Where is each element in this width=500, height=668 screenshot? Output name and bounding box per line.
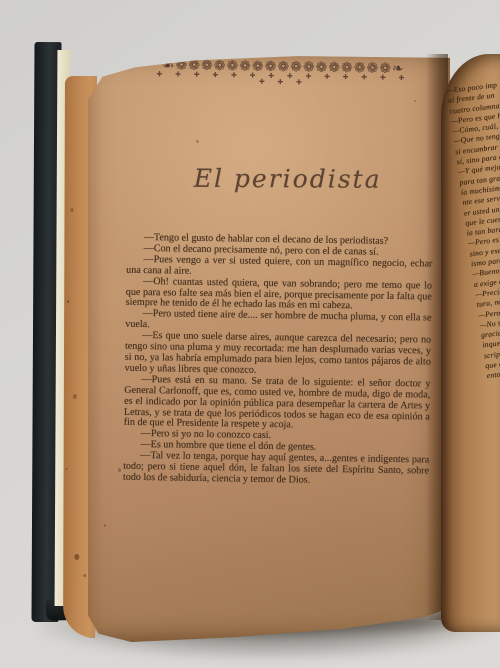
fore-edge-speckle: [73, 394, 77, 399]
right-page-text-fragments: —Eso poco impal frente de uncuatro colum…: [446, 74, 500, 382]
ornamental-header-band: ☙❁❁❁❁❁❁❁❁❁❁❁❁❁❁❁❁❁❧ ✚ ✚ ✚ ✚ ✚ ✚ ✚ ✚ ✚ ✚ …: [152, 58, 414, 87]
fore-edge-speckle: [66, 468, 68, 470]
left-page: ☙❁❁❁❁❁❁❁❁❁❁❁❁❁❁❁❁❁❧ ✚ ✚ ✚ ✚ ✚ ✚ ✚ ✚ ✚ ✚ …: [88, 52, 450, 642]
right-facing-page: —Eso poco impal frente de uncuatro colum…: [441, 54, 500, 632]
paragraph: —Pues está en su mano. Se trata de lo si…: [124, 375, 431, 434]
chapter-title: El periodista: [107, 163, 469, 194]
page-speckle: [414, 100, 416, 102]
page-speckle: [118, 468, 121, 472]
page-speckle: [104, 524, 106, 527]
fore-edge-speckle: [71, 208, 74, 212]
fore-edge-speckle: [83, 574, 86, 577]
paragraph: —Es que uno suele darse aires, aunque ca…: [125, 331, 432, 379]
body-text: —Tengo el gusto de hablar con el decano …: [123, 233, 433, 489]
ornament-cross-row: ✚ ✚ ✚ ✚ ✚ ✚ ✚ ✚ ✚ ✚ ✚ ✚ ✚ ✚ ✚ ✚ ✚: [152, 71, 414, 87]
fore-edge-speckle: [74, 554, 79, 560]
book-photo-scene: ☙❁❁❁❁❁❁❁❁❁❁❁❁❁❁❁❁❁❧ ✚ ✚ ✚ ✚ ✚ ✚ ✚ ✚ ✚ ✚ …: [0, 0, 500, 668]
page-speckle: [196, 140, 199, 143]
left-page-content: ☙❁❁❁❁❁❁❁❁❁❁❁❁❁❁❁❁❁❧ ✚ ✚ ✚ ✚ ✚ ✚ ✚ ✚ ✚ ✚ …: [83, 49, 454, 645]
fore-edge-speckle: [67, 300, 69, 303]
paragraph: —Tal vez lo tenga, porque hay aquí gente…: [123, 451, 429, 489]
